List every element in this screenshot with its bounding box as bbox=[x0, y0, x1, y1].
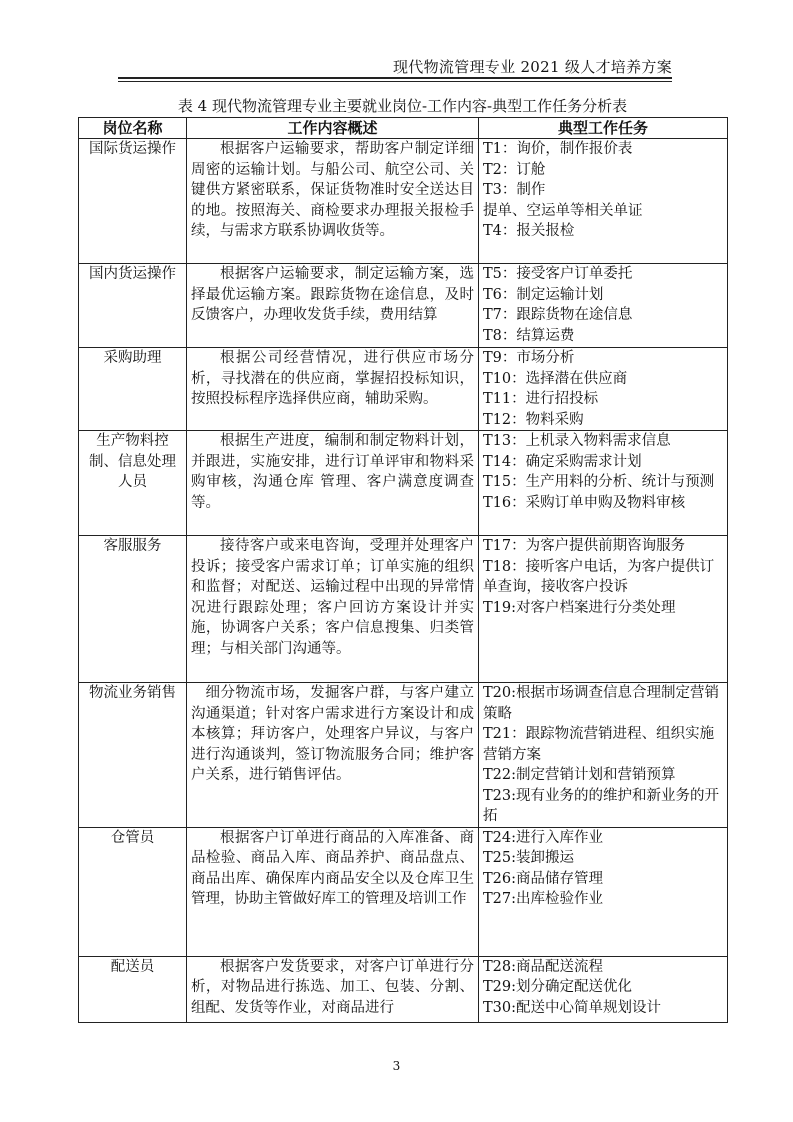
task-item: T19:对客户档案进行分类处理 bbox=[483, 598, 723, 619]
header-rule bbox=[118, 77, 672, 83]
table-row: 国际货运操作 根据客户运输要求，帮助客户制定详细周密的运输计划。与船公司、航空公… bbox=[79, 139, 728, 264]
tasks-cell: T24:进行入库作业 T25:装卸搬运 T26:商品储存管理 T27:出库检验作… bbox=[479, 827, 728, 956]
table-row: 国内货运操作 根据客户运输要求，制定运输方案，选择最优运输方案。跟踪货物在途信息… bbox=[79, 264, 728, 348]
header-rule-thick bbox=[118, 77, 672, 79]
table-row: 配送员 根据客户发货要求，对客户订单进行分析，对物品进行拣选、加工、包装、分割、… bbox=[79, 956, 728, 1022]
role-cell: 国内货运操作 bbox=[79, 264, 187, 348]
task-item: T15：生产用料的分析、统计与预测 bbox=[483, 472, 723, 493]
task-item: T9：市场分析 bbox=[483, 348, 723, 369]
header-tasks: 典型工作任务 bbox=[479, 118, 728, 139]
task-item: 提单、空运单等相关单证 bbox=[483, 201, 723, 222]
task-item: T23:现有业务的的维护和新业务的开拓 bbox=[483, 786, 723, 827]
running-header: 现代物流管理专业 2021 级人才培养方案 bbox=[118, 58, 672, 76]
description-cell: 根据客户运输要求，帮助客户制定详细周密的运输计划。与船公司、航空公司、关键供方紧… bbox=[187, 139, 479, 264]
header-role: 岗位名称 bbox=[79, 118, 187, 139]
task-item: T5：接受客户订单委托 bbox=[483, 264, 723, 285]
page-number: 3 bbox=[0, 1059, 793, 1073]
tasks-cell: T13：上机录入物料需求信息 T14：确定采购需求计划 T15：生产用料的分析、… bbox=[479, 431, 728, 536]
description-cell: 根据客户运输要求，制定运输方案，选择最优运输方案。跟踪货物在途信息，及时反馈客户… bbox=[187, 264, 479, 348]
task-item: T6：制定运输计划 bbox=[483, 285, 723, 306]
task-item: T12：物料采购 bbox=[483, 410, 723, 431]
header-rule-thin bbox=[118, 81, 672, 82]
table-row: 仓管员 根据客户订单进行商品的入库准备、商品检验、商品入库、商品养护、商品盘点、… bbox=[79, 827, 728, 956]
task-item: T26:商品储存管理 bbox=[483, 869, 723, 890]
role-cell: 国际货运操作 bbox=[79, 139, 187, 264]
description-cell: 细分物流市场，发掘客户群，与客户建立沟通渠道；针对客户需求进行方案设计和成本核算… bbox=[187, 683, 479, 828]
task-item: T4：报关报检 bbox=[483, 221, 723, 242]
description-cell: 根据客户订单进行商品的入库准备、商品检验、商品入库、商品养护、商品盘点、商品出库… bbox=[187, 827, 479, 956]
task-item: T16：采购订单申购及物料审核 bbox=[483, 493, 723, 514]
description-cell: 根据生产进度，编制和制定物料计划，并跟进，实施安排，进行订单评审和物料采购审核，… bbox=[187, 431, 479, 536]
role-cell: 物流业务销售 bbox=[79, 683, 187, 828]
task-item: T20:根据市场调查信息合理制定营销策略 bbox=[483, 683, 723, 724]
description-cell: 接待客户或来电咨询，受理并处理客户投诉；接受客户需求订单；订单实施的组织和监督；… bbox=[187, 536, 479, 683]
task-item: T2：订舱 bbox=[483, 160, 723, 181]
task-item: T11：进行招投标 bbox=[483, 389, 723, 410]
task-item: T8：结算运费 bbox=[483, 326, 723, 347]
job-analysis-table: 岗位名称 工作内容概述 典型工作任务 国际货运操作 根据客户运输要求，帮助客户制… bbox=[78, 117, 728, 1023]
table-row: 采购助理 根据公司经营情况，进行供应市场分析，寻找潜在的供应商，掌握招投标知识，… bbox=[79, 348, 728, 431]
tasks-cell: T5：接受客户订单委托 T6：制定运输计划 T7：跟踪货物在途信息 T8：结算运… bbox=[479, 264, 728, 348]
table-row: 客服服务 接待客户或来电咨询，受理并处理客户投诉；接受客户需求订单；订单实施的组… bbox=[79, 536, 728, 683]
role-cell: 配送员 bbox=[79, 956, 187, 1022]
tasks-cell: T20:根据市场调查信息合理制定营销策略 T21：跟踪物流营销进程、组织实施营销… bbox=[479, 683, 728, 828]
task-item: T25:装卸搬运 bbox=[483, 848, 723, 869]
task-item: T14：确定采购需求计划 bbox=[483, 452, 723, 473]
task-item: T24:进行入库作业 bbox=[483, 828, 723, 849]
table-row: 生产物料控制、信息处理人员 根据生产进度，编制和制定物料计划，并跟进，实施安排，… bbox=[79, 431, 728, 536]
task-item: T28:商品配送流程 bbox=[483, 957, 723, 978]
tasks-cell: T1：询价，制作报价表 T2：订舱 T3：制作 提单、空运单等相关单证 T4：报… bbox=[479, 139, 728, 264]
description-cell: 根据客户发货要求，对客户订单进行分析，对物品进行拣选、加工、包装、分割、组配、发… bbox=[187, 956, 479, 1022]
tasks-cell: T17：为客户提供前期咨询服务 T18：接听客户电话，为客户提供订单查询，接收客… bbox=[479, 536, 728, 683]
table-header-row: 岗位名称 工作内容概述 典型工作任务 bbox=[79, 118, 728, 139]
task-item: T3：制作 bbox=[483, 180, 723, 201]
task-item: T17：为客户提供前期咨询服务 bbox=[483, 536, 723, 557]
task-item: T21：跟踪物流营销进程、组织实施营销方案 bbox=[483, 724, 723, 765]
tasks-cell: T28:商品配送流程 T29:划分确定配送优化 T30:配送中心简单规划设计 bbox=[479, 956, 728, 1022]
role-cell: 仓管员 bbox=[79, 827, 187, 956]
header-description: 工作内容概述 bbox=[187, 118, 479, 139]
role-cell: 采购助理 bbox=[79, 348, 187, 431]
description-cell: 根据公司经营情况，进行供应市场分析，寻找潜在的供应商，掌握招投标知识，按照投标程… bbox=[187, 348, 479, 431]
task-item: T22:制定营销计划和营销预算 bbox=[483, 765, 723, 786]
task-item: T18：接听客户电话，为客户提供订单查询，接收客户投诉 bbox=[483, 557, 723, 598]
task-item: T10：选择潜在供应商 bbox=[483, 369, 723, 390]
task-item: T13：上机录入物料需求信息 bbox=[483, 431, 723, 452]
table-caption: 表 4 现代物流管理专业主要就业岗位-工作内容-典型工作任务分析表 bbox=[78, 96, 727, 116]
tasks-cell: T9：市场分析 T10：选择潜在供应商 T11：进行招投标 T12：物料采购 bbox=[479, 348, 728, 431]
task-item: T29:划分确定配送优化 bbox=[483, 977, 723, 998]
task-item: T30:配送中心简单规划设计 bbox=[483, 998, 723, 1019]
task-item: T27:出库检验作业 bbox=[483, 889, 723, 910]
table-row: 物流业务销售 细分物流市场，发掘客户群，与客户建立沟通渠道；针对客户需求进行方案… bbox=[79, 683, 728, 828]
task-item: T1：询价，制作报价表 bbox=[483, 139, 723, 160]
role-cell: 生产物料控制、信息处理人员 bbox=[79, 431, 187, 536]
task-item: T7：跟踪货物在途信息 bbox=[483, 305, 723, 326]
role-cell: 客服服务 bbox=[79, 536, 187, 683]
